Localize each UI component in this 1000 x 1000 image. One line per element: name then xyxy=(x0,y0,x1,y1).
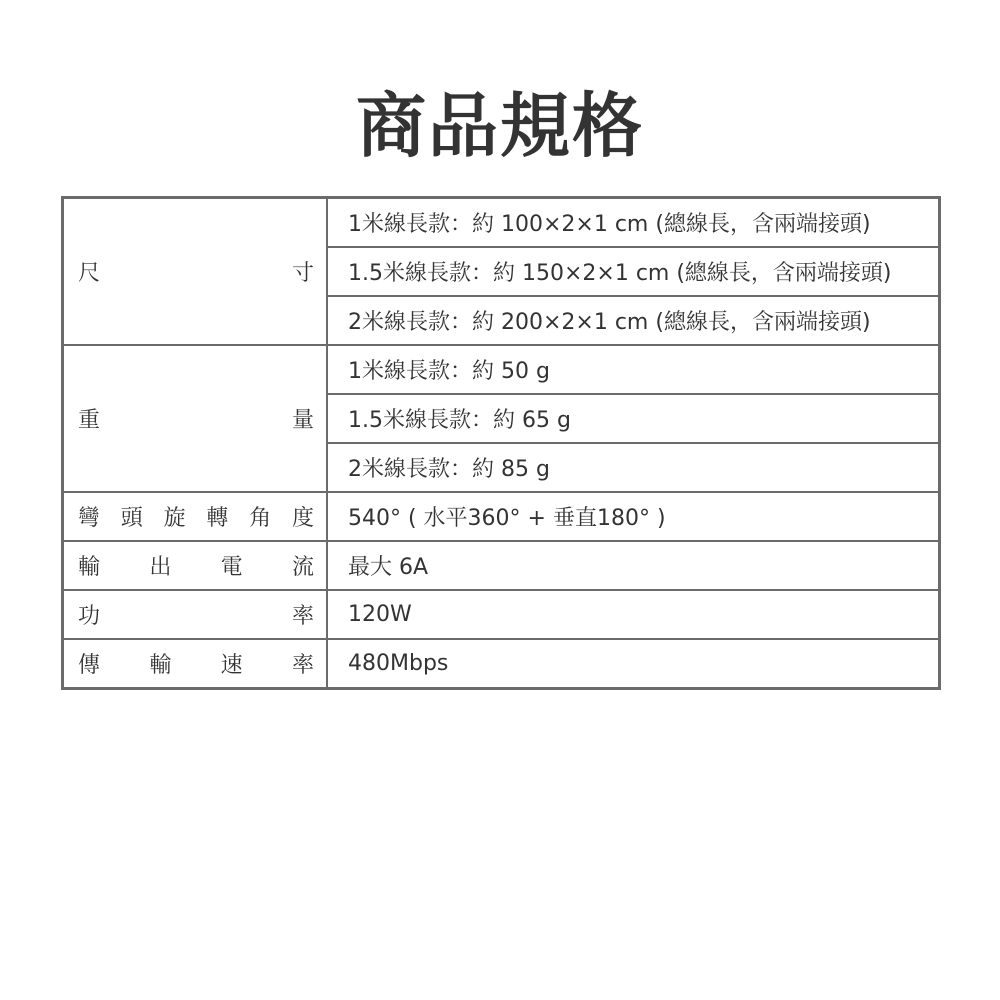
spec-value: 540° ( 水平360° + 垂直180° ) xyxy=(327,492,940,541)
spec-value: 1米線長款：約 100×2×1 cm (總線長，含兩端接頭) xyxy=(327,198,940,248)
page-title: 商品規格 xyxy=(0,78,1000,174)
spec-value: 2米線長款：約 200×2×1 cm (總線長，含兩端接頭) xyxy=(327,296,940,345)
spec-value: 2米線長款：約 85 g xyxy=(327,443,940,492)
spec-value: 480Mbps xyxy=(327,639,940,689)
table-row: 功 率 120W xyxy=(63,590,940,639)
table-row: 彎 頭 旋 轉 角 度 540° ( 水平360° + 垂直180° ) xyxy=(63,492,940,541)
spec-table: 尺 寸 1米線長款：約 100×2×1 cm (總線長，含兩端接頭) 1.5米線… xyxy=(61,196,941,690)
spec-value: 最大 6A xyxy=(327,541,940,590)
spec-value: 1.5米線長款：約 150×2×1 cm (總線長，含兩端接頭) xyxy=(327,247,940,296)
table-row: 重 量 1米線長款：約 50 g xyxy=(63,345,940,394)
spec-label-power: 功 率 xyxy=(63,590,328,639)
spec-value: 1.5米線長款：約 65 g xyxy=(327,394,940,443)
spec-value: 120W xyxy=(327,590,940,639)
spec-label-current: 輸 出 電 流 xyxy=(63,541,328,590)
table-row: 傳 輸 速 率 480Mbps xyxy=(63,639,940,689)
spec-label-rotation: 彎 頭 旋 轉 角 度 xyxy=(63,492,328,541)
spec-value: 1米線長款：約 50 g xyxy=(327,345,940,394)
spec-label-size: 尺 寸 xyxy=(63,198,328,346)
spec-label-transfer: 傳 輸 速 率 xyxy=(63,639,328,689)
spec-label-weight: 重 量 xyxy=(63,345,328,492)
table-row: 輸 出 電 流 最大 6A xyxy=(63,541,940,590)
table-row: 尺 寸 1米線長款：約 100×2×1 cm (總線長，含兩端接頭) xyxy=(63,198,940,248)
